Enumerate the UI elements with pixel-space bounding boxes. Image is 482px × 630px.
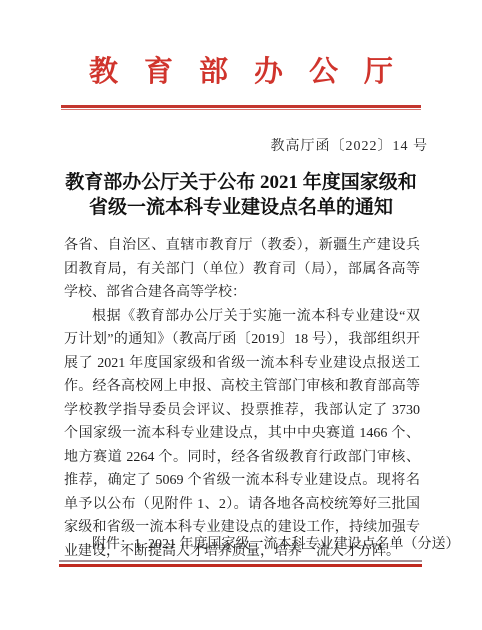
agency-letterhead: 教育部办公厅 bbox=[0, 56, 482, 89]
document-number: 教高厅函〔2022〕14 号 bbox=[271, 135, 429, 155]
red-divider-bottom bbox=[59, 560, 422, 568]
red-divider-top bbox=[61, 105, 421, 111]
document-title: 教育部办公厅关于公布 2021 年度国家级和 省级一流本科专业建设点名单的通知 bbox=[0, 170, 482, 220]
salutation-paragraph: 各省、自治区、直辖市教育厅（教委），新疆生产建设兵团教育局，有关部门（单位）教育… bbox=[64, 234, 420, 305]
official-document-page: 教育部办公厅 教高厅函〔2022〕14 号 教育部办公厅关于公布 2021 年度… bbox=[0, 0, 482, 630]
document-title-line2: 省级一流本科专业建设点名单的通知 bbox=[0, 195, 482, 220]
attachment-line: 附件：1. 2021 年度国家级一流本科专业建设点名单（分送） bbox=[64, 533, 420, 557]
document-title-line1: 教育部办公厅关于公布 2021 年度国家级和 bbox=[0, 170, 482, 195]
document-body: 各省、自治区、直辖市教育厅（教委），新疆生产建设兵团教育局，有关部门（单位）教育… bbox=[64, 234, 420, 563]
main-body-paragraph: 根据《教育部办公厅关于实施一流本科专业建设“双万计划”的通知》（教高厅函〔201… bbox=[64, 305, 420, 564]
